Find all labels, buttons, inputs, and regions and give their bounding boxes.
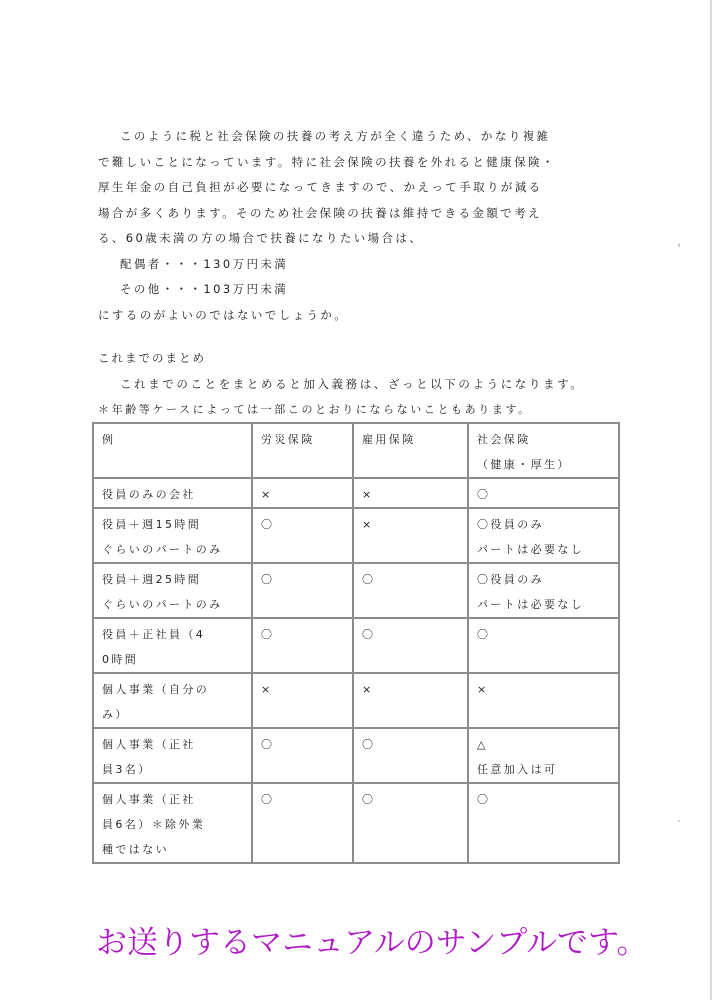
paragraph-line: 厚生年金の自己負担が必要になってきますので、かえって手取りが減る <box>98 175 618 201</box>
cell-shakai: 〇 <box>468 783 619 863</box>
cell-example: 役員＋週15時間 ぐらいのパートのみ <box>93 508 252 563</box>
cell-koyou: 〇 <box>353 783 468 863</box>
sample-banner: お送りするマニュアルのサンプルです。 <box>96 917 648 962</box>
cell-koyou: 〇 <box>353 563 468 618</box>
cell-koyou: 〇 <box>353 618 468 673</box>
cell-rousai: × <box>252 673 353 728</box>
page-edge <box>710 0 712 1000</box>
cell-shakai: 〇 <box>468 478 619 508</box>
cell-koyou: × <box>353 673 468 728</box>
body-paragraph: このように税と社会保険の扶養の考え方が全く違うため、かなり複雑 で難しいことにな… <box>98 124 618 328</box>
paragraph-line: 場合が多くあります。そのため社会保険の扶養は維持できる金額で考え <box>98 201 618 227</box>
table-row: 役員＋週15時間 ぐらいのパートのみ 〇 × 〇役員のみ パートは必要なし <box>93 508 619 563</box>
cell-koyou: 〇 <box>353 728 468 783</box>
cell-example: 役員のみの会社 <box>93 478 252 508</box>
spouse-limit-line: 配偶者・・・130万円未満 <box>98 252 618 278</box>
margin-mark: ‹ <box>677 240 681 251</box>
margin-mark: ˋ <box>677 820 682 831</box>
cell-rousai: 〇 <box>252 618 353 673</box>
table-row: 役員＋週25時間 ぐらいのパートのみ 〇 〇 〇役員のみ パートは必要なし <box>93 563 619 618</box>
header-shakai: 社会保険 （健康・厚生） <box>468 423 619 478</box>
cell-example: 個人事業（正社 員6名）＊除外業 種ではない <box>93 783 252 863</box>
insurance-summary-table: 例 労災保険 雇用保険 社会保険 （健康・厚生） 役員のみの会社 × × 〇 役… <box>92 422 620 864</box>
cell-example: 個人事業（正社 員3名） <box>93 728 252 783</box>
other-limit-line: その他・・・103万円未満 <box>98 277 618 303</box>
table-row: 個人事業（自分の み） × × × <box>93 673 619 728</box>
cell-example: 個人事業（自分の み） <box>93 673 252 728</box>
paragraph-line: で難しいことになっています。特に社会保険の扶養を外れると健康保険・ <box>98 150 618 176</box>
cell-example: 役員＋正社員（4 0時間 <box>93 618 252 673</box>
header-rousai: 労災保険 <box>252 423 353 478</box>
cell-example: 役員＋週25時間 ぐらいのパートのみ <box>93 563 252 618</box>
cell-koyou: × <box>353 478 468 508</box>
cell-rousai: 〇 <box>252 508 353 563</box>
summary-line: これまでのことをまとめると加入義務は、ざっと以下のようになります。 <box>98 376 584 392</box>
table-row: 役員＋正社員（4 0時間 〇 〇 〇 <box>93 618 619 673</box>
table-header-row: 例 労災保険 雇用保険 社会保険 （健康・厚生） <box>93 423 619 478</box>
paragraph-line: このように税と社会保険の扶養の考え方が全く違うため、かなり複雑 <box>98 124 618 150</box>
table-row: 個人事業（正社 員6名）＊除外業 種ではない 〇 〇 〇 <box>93 783 619 863</box>
header-koyou: 雇用保険 <box>353 423 468 478</box>
cell-koyou: × <box>353 508 468 563</box>
cell-shakai: 〇 <box>468 618 619 673</box>
header-example: 例 <box>93 423 252 478</box>
cell-rousai: × <box>252 478 353 508</box>
cell-shakai: △ 任意加入は可 <box>468 728 619 783</box>
cell-shakai: × <box>468 673 619 728</box>
cell-rousai: 〇 <box>252 728 353 783</box>
cell-shakai: 〇役員のみ パートは必要なし <box>468 563 619 618</box>
table-row: 役員のみの会社 × × 〇 <box>93 478 619 508</box>
cell-rousai: 〇 <box>252 783 353 863</box>
table-row: 個人事業（正社 員3名） 〇 〇 △ 任意加入は可 <box>93 728 619 783</box>
cell-rousai: 〇 <box>252 563 353 618</box>
cell-shakai: 〇役員のみ パートは必要なし <box>468 508 619 563</box>
section-heading: これまでのまとめ <box>98 350 206 366</box>
paragraph-line: る、60歳未満の方の場合で扶養になりたい場合は、 <box>98 226 618 252</box>
paragraph-line: にするのがよいのではないでしょうか。 <box>98 303 618 329</box>
note-line: ＊年齢等ケースによっては一部このとおりにならないこともあります。 <box>98 401 532 417</box>
